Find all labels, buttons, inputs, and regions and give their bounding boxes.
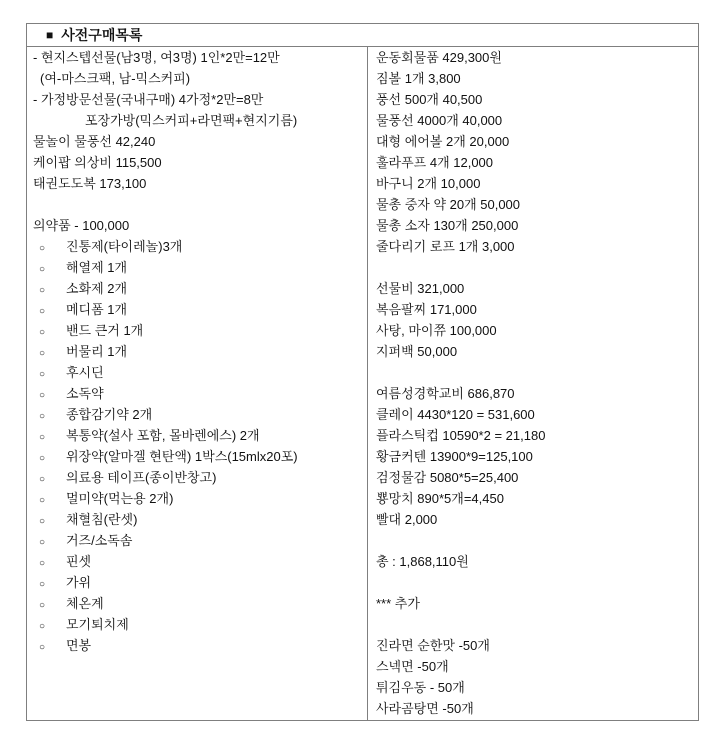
list-line: ○후시딘 (27, 362, 367, 383)
line-text: 선물비 321,000 (376, 281, 464, 296)
line-text: 빨대 2,000 (376, 512, 437, 527)
bullet-marker: ○ (39, 574, 66, 593)
line-text: 의료용 테이프(종이반창고) (66, 470, 216, 485)
line-text: 메디폼 1개 (66, 302, 127, 317)
list-line: 진라면 순한맛 -50개 (368, 635, 698, 656)
list-line: *** 추가 (368, 593, 698, 614)
line-text: 밴드 큰거 1개 (66, 323, 143, 338)
line-text: 바구니 2개 10,000 (376, 176, 480, 191)
list-line: ○의료용 테이프(종이반창고) (27, 467, 367, 488)
left-column: - 현지스텝선물(남3명, 여3명) 1인*2만=12만(여-마스크팩, 남-믹… (27, 47, 368, 720)
list-line: ○모기퇴치제 (27, 614, 367, 635)
list-line: 클레이 4430*120 = 531,600 (368, 404, 698, 425)
line-text: 후시딘 (66, 365, 104, 380)
list-line: ○면봉 (27, 635, 367, 656)
bullet-marker: ○ (39, 301, 66, 320)
bullet-marker: ○ (39, 595, 66, 614)
list-line: 플라스틱컵 10590*2 = 21,180 (368, 425, 698, 446)
list-line: 총 : 1,868,110원 (368, 551, 698, 572)
line-text: 튀김우동 - 50개 (376, 680, 465, 695)
list-line: ○진통제(타이레놀)3개 (27, 236, 367, 257)
line-text: 면봉 (66, 638, 91, 653)
line-text: 물총 중자 약 20개 50,000 (376, 197, 520, 212)
line-text: 채혈침(란셋) (66, 512, 137, 527)
line-text: 짐볼 1개 3,800 (376, 71, 461, 86)
right-column: 운동회물품 429,300원짐볼 1개 3,800풍선 500개 40,500물… (368, 47, 698, 720)
bullet-marker: ○ (39, 532, 66, 551)
line-text: 훌라푸프 4개 12,000 (376, 155, 493, 170)
list-line: 대형 에어볼 2개 20,000 (368, 131, 698, 152)
list-line: 줄다리기 로프 1개 3,000 (368, 236, 698, 257)
list-line: ○핀셋 (27, 551, 367, 572)
line-text: 플라스틱컵 10590*2 = 21,180 (376, 428, 545, 443)
list-line: ○가위 (27, 572, 367, 593)
line-text: *** 추가 (376, 596, 420, 611)
line-text: - 현지스텝선물(남3명, 여3명) 1인*2만=12만 (33, 50, 280, 65)
line-text: 소화제 2개 (66, 281, 127, 296)
list-line: (여-마스크팩, 남-믹스커피) (27, 68, 367, 89)
list-line: 뿅망치 890*5개=4,450 (368, 488, 698, 509)
table-body: - 현지스텝선물(남3명, 여3명) 1인*2만=12만(여-마스크팩, 남-믹… (27, 47, 698, 720)
line-text: 복통약(설사 포함, 몰바렌에스) 2개 (66, 428, 260, 443)
list-line: ○위장약(알마겔 현탄액) 1박스(15mlx20포) (27, 446, 367, 467)
line-text: 핀셋 (66, 554, 91, 569)
list-line: 물놀이 물풍선 42,240 (27, 131, 367, 152)
bullet-marker: ○ (39, 427, 66, 446)
list-line: - 가정방문선물(국내구매) 4가정*2만=8만 (27, 89, 367, 110)
line-text: 줄다리기 로프 1개 3,000 (376, 239, 515, 254)
line-text: 케이팝 의상비 115,500 (33, 155, 162, 170)
list-line: 케이팝 의상비 115,500 (27, 152, 367, 173)
line-text: 버물리 1개 (66, 344, 127, 359)
list-line: ○채혈침(란셋) (27, 509, 367, 530)
list-line: 여름성경학교비 686,870 (368, 383, 698, 404)
list-line: 물총 소자 130개 250,000 (368, 215, 698, 236)
blank-line (27, 194, 367, 215)
list-line: 빨대 2,000 (368, 509, 698, 530)
list-line: ○소화제 2개 (27, 278, 367, 299)
bullet-marker: ○ (39, 553, 66, 572)
line-text: 거즈/소독솜 (66, 533, 132, 548)
list-line: 포장가방(믹스커피+라면팩+현지기름) (27, 110, 367, 131)
line-text: 해열제 1개 (66, 260, 127, 275)
list-line: ○체온계 (27, 593, 367, 614)
line-text: 스넥면 -50개 (376, 659, 449, 674)
list-line: 검정물감 5080*5=25,400 (368, 467, 698, 488)
bullet-marker: ○ (39, 637, 66, 656)
bullet-marker: ○ (39, 511, 66, 530)
line-text: 멀미약(먹는용 2개) (66, 491, 173, 506)
line-text: 풍선 500개 40,500 (376, 92, 482, 107)
bullet-marker: ○ (39, 385, 66, 404)
list-line: ○복통약(설사 포함, 몰바렌에스) 2개 (27, 425, 367, 446)
line-text: 의약품 - 100,000 (33, 218, 129, 233)
bullet-marker: ○ (39, 343, 66, 362)
bullet-marker: ○ (39, 469, 66, 488)
blank-line (368, 257, 698, 278)
line-text: 뿅망치 890*5개=4,450 (376, 491, 504, 506)
line-text: 소독약 (66, 386, 104, 401)
list-line: ○메디폼 1개 (27, 299, 367, 320)
line-text: 진통제(타이레놀)3개 (66, 239, 182, 254)
list-line: 짐볼 1개 3,800 (368, 68, 698, 89)
bullet-marker: ○ (39, 259, 66, 278)
list-line: 운동회물품 429,300원 (368, 47, 698, 68)
line-text: 총 : 1,868,110원 (376, 554, 469, 569)
document-page: ■ 사전구매목록 - 현지스텝선물(남3명, 여3명) 1인*2만=12만(여-… (0, 0, 723, 744)
line-text: 복음팔찌 171,000 (376, 302, 477, 317)
line-text: 위장약(알마겔 현탄액) 1박스(15mlx20포) (66, 449, 298, 464)
line-text: 모기퇴치제 (66, 617, 129, 632)
blank-line (368, 530, 698, 551)
line-text: 검정물감 5080*5=25,400 (376, 470, 518, 485)
list-line: 스넥면 -50개 (368, 656, 698, 677)
list-line: 사라곰탕면 -50개 (368, 698, 698, 719)
list-line: 황금커텐 13900*9=125,100 (368, 446, 698, 467)
list-line: 물풍선 4000개 40,000 (368, 110, 698, 131)
list-line: 태권도도복 173,100 (27, 173, 367, 194)
bullet-marker: ○ (39, 406, 66, 425)
line-text: 클레이 4430*120 = 531,600 (376, 407, 535, 422)
list-line: 튀김우동 - 50개 (368, 677, 698, 698)
line-text: 물총 소자 130개 250,000 (376, 218, 518, 233)
list-line: 선물비 321,000 (368, 278, 698, 299)
list-line: ○버물리 1개 (27, 341, 367, 362)
line-text: 종합감기약 2개 (66, 407, 152, 422)
line-text: 사탕, 마이쮸 100,000 (376, 323, 497, 338)
blank-line (368, 614, 698, 635)
list-line: 훌라푸프 4개 12,000 (368, 152, 698, 173)
list-line: 풍선 500개 40,500 (368, 89, 698, 110)
list-line: ○거즈/소독솜 (27, 530, 367, 551)
list-line: 물총 중자 약 20개 50,000 (368, 194, 698, 215)
list-line: ○종합감기약 2개 (27, 404, 367, 425)
line-text: 가위 (66, 575, 91, 590)
line-text: 황금커텐 13900*9=125,100 (376, 449, 533, 464)
list-line: 복음팔찌 171,000 (368, 299, 698, 320)
list-line: ○해열제 1개 (27, 257, 367, 278)
line-text: 태권도도복 173,100 (33, 176, 146, 191)
list-line: 사탕, 마이쮸 100,000 (368, 320, 698, 341)
line-text: 물풍선 4000개 40,000 (376, 113, 502, 128)
table-title-row: ■ 사전구매목록 (27, 24, 698, 47)
line-text: (여-마스크팩, 남-믹스커피) (40, 71, 190, 86)
line-text: 사라곰탕면 -50개 (376, 701, 474, 716)
line-text: 체온계 (66, 596, 104, 611)
list-line: ○멀미약(먹는용 2개) (27, 488, 367, 509)
list-line: 지퍼백 50,000 (368, 341, 698, 362)
bullet-marker: ○ (39, 238, 66, 257)
bullet-marker: ○ (39, 364, 66, 383)
bullet-marker: ○ (39, 616, 66, 635)
bullet-marker: ○ (39, 280, 66, 299)
list-line: - 현지스텝선물(남3명, 여3명) 1인*2만=12만 (27, 47, 367, 68)
line-text: 지퍼백 50,000 (376, 344, 457, 359)
list-line: 바구니 2개 10,000 (368, 173, 698, 194)
blank-line (368, 362, 698, 383)
line-text: - 가정방문선물(국내구매) 4가정*2만=8만 (33, 92, 263, 107)
table-title: 사전구매목록 (61, 25, 142, 45)
bullet-marker: ○ (39, 322, 66, 341)
line-text: 포장가방(믹스커피+라면팩+현지기름) (85, 113, 297, 128)
purchase-list-table: ■ 사전구매목록 - 현지스텝선물(남3명, 여3명) 1인*2만=12만(여-… (26, 23, 699, 721)
bullet-marker: ○ (39, 448, 66, 467)
line-text: 여름성경학교비 686,870 (376, 386, 515, 401)
line-text: 진라면 순한맛 -50개 (376, 638, 490, 653)
list-line: ○소독약 (27, 383, 367, 404)
list-line: 의약품 - 100,000 (27, 215, 367, 236)
blank-line (368, 572, 698, 593)
list-line: ○밴드 큰거 1개 (27, 320, 367, 341)
bullet-marker: ○ (39, 490, 66, 509)
line-text: 운동회물품 429,300원 (376, 50, 502, 65)
line-text: 물놀이 물풍선 42,240 (33, 134, 155, 149)
line-text: 대형 에어볼 2개 20,000 (376, 134, 509, 149)
square-bullet-icon: ■ (46, 28, 53, 42)
